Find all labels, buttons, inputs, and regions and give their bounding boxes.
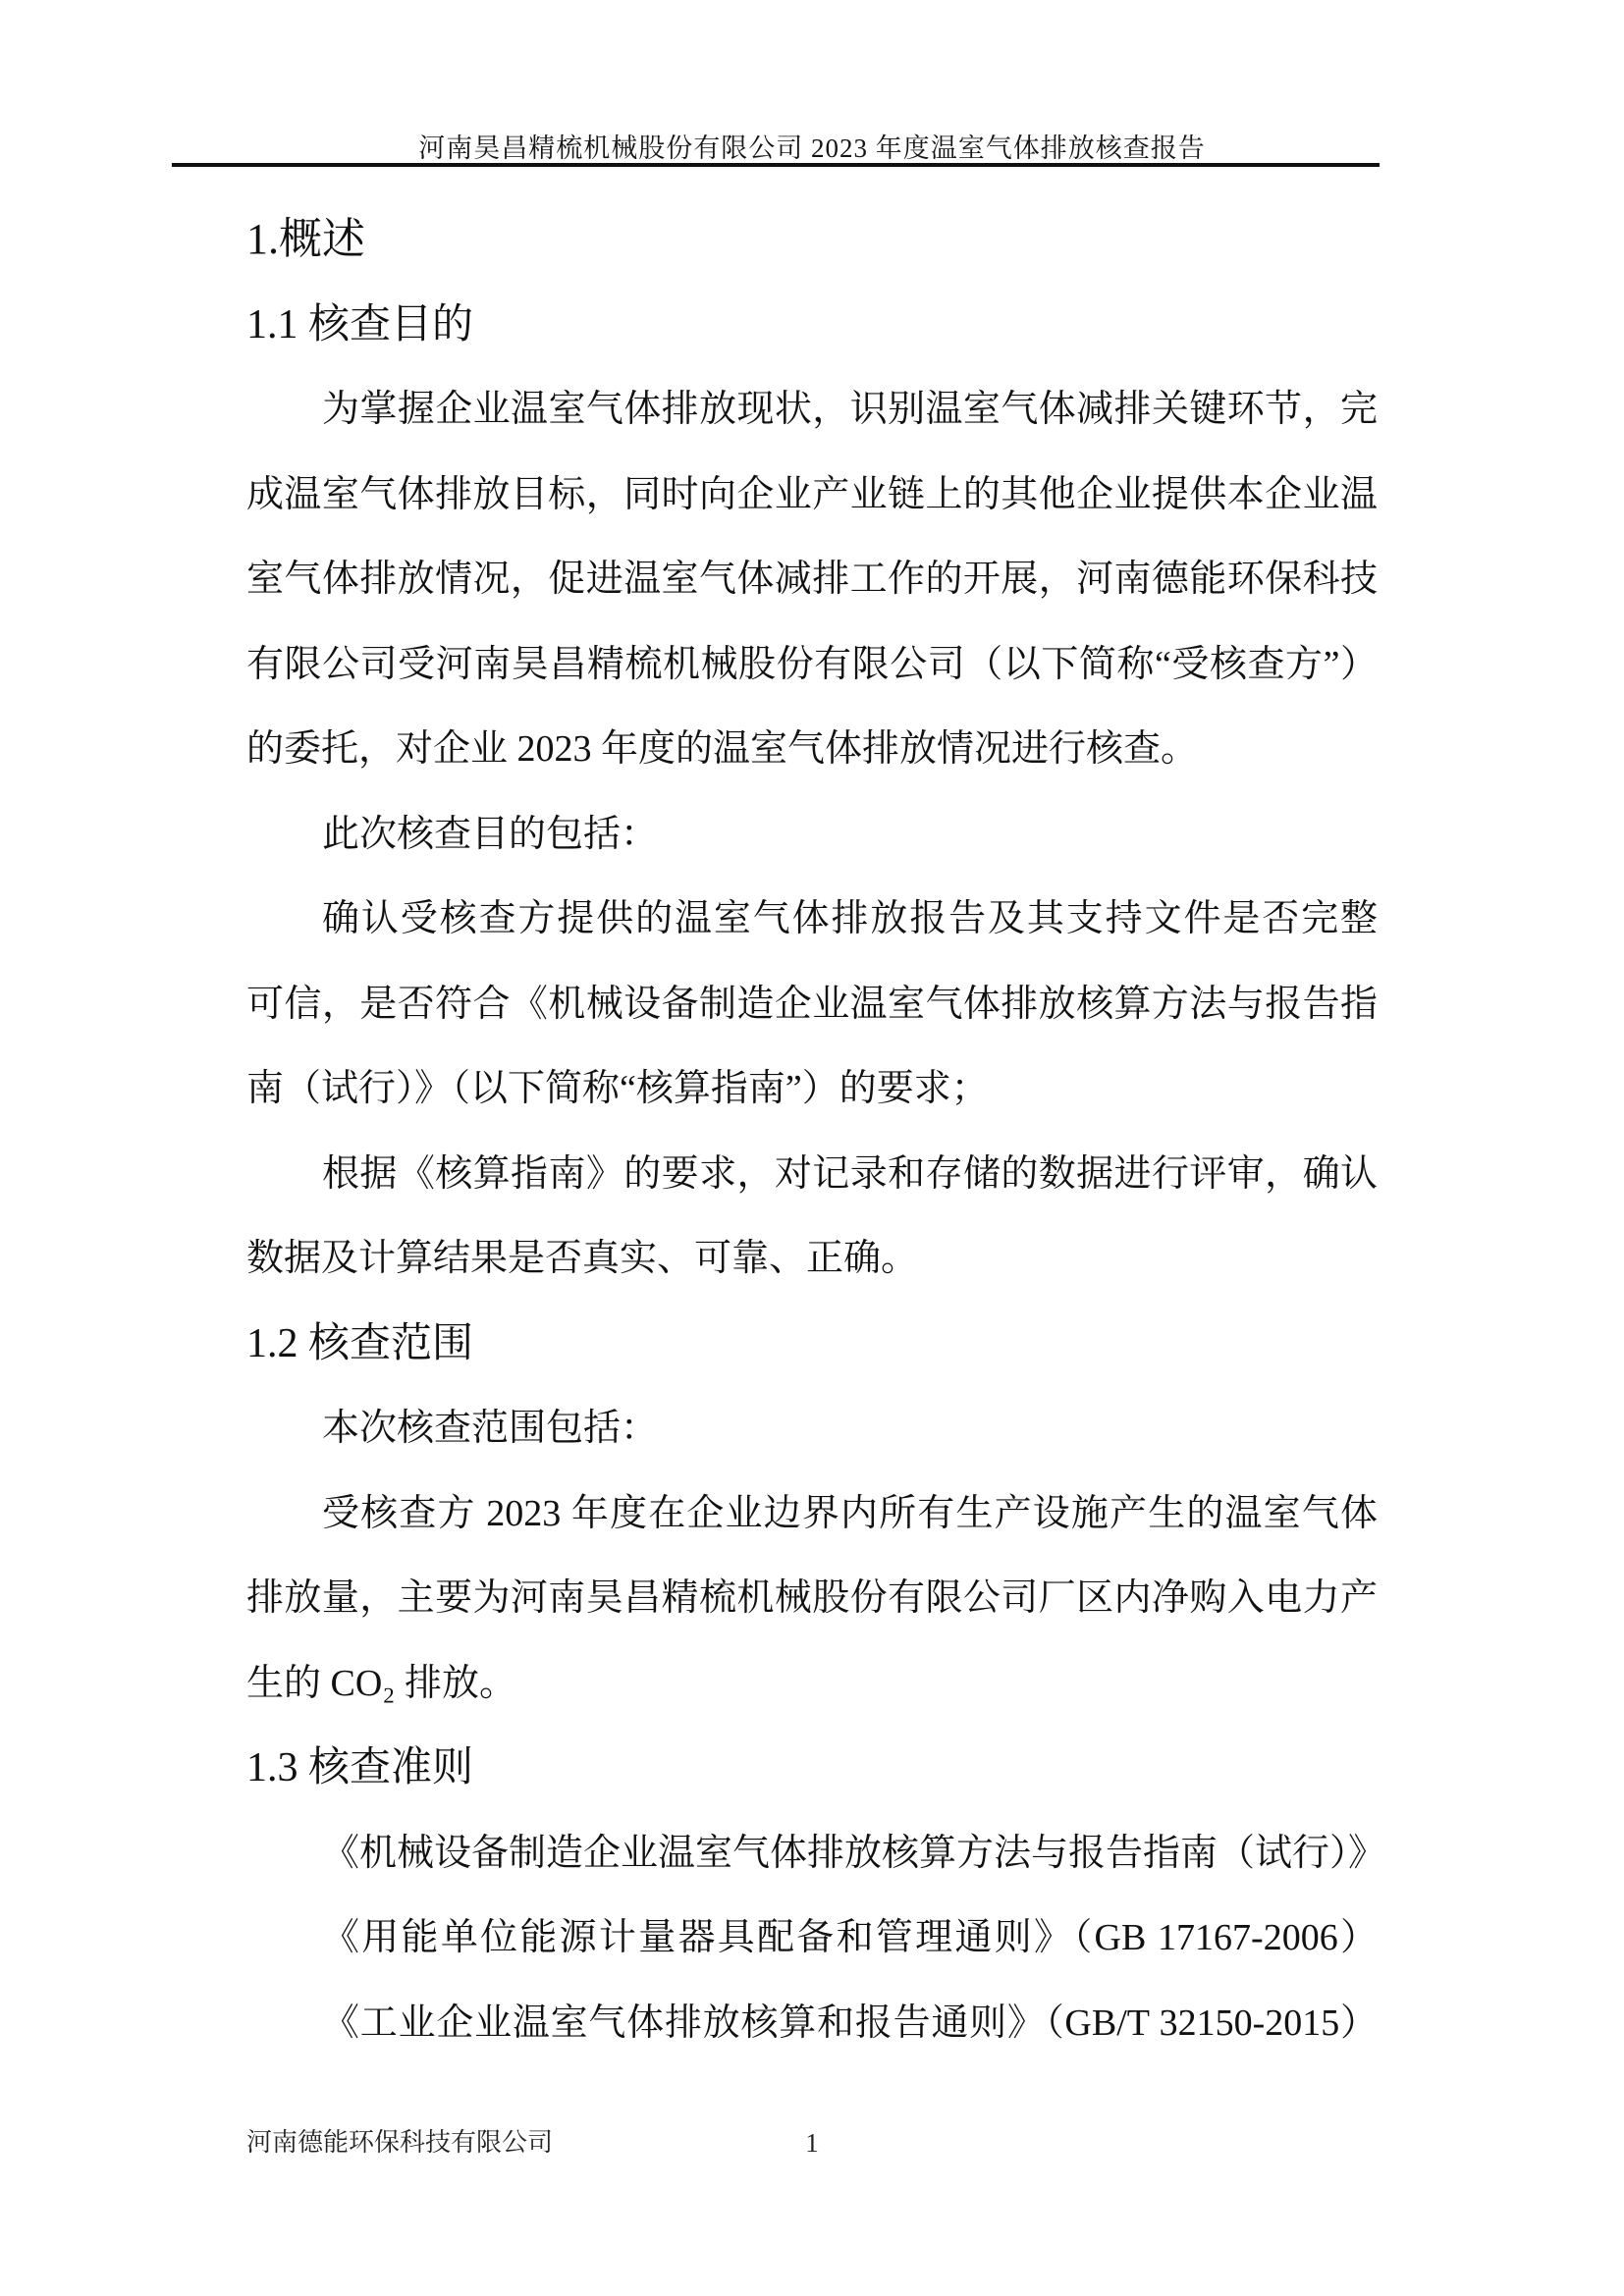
paragraph-line: 有限公司受河南昊昌精梳机械股份有限公司（以下简称“受核查方”） — [246, 622, 1378, 708]
paragraph-line: 室气体排放情况，促进温室气体减排工作的开展，河南德能环保科技 — [246, 537, 1378, 622]
document-body: 1.概述 1.1 核查目的 为掌握企业温室气体排放现状，识别温室气体减排关键环节… — [246, 197, 1378, 2065]
paragraph-line: 生的 CO₂ 排放。 — [246, 1641, 1378, 1727]
paragraph-line: 南（试行）》（以下简称“核算指南”）的要求； — [246, 1046, 1378, 1132]
paragraph-line: 可信，是否符合《机械设备制造企业温室气体排放核算方法与报告指 — [246, 962, 1378, 1047]
heading-overview: 1.概述 — [246, 197, 1378, 283]
paragraph-line: 排放量，主要为河南昊昌精梳机械股份有限公司厂区内净购入电力产 — [246, 1556, 1378, 1641]
paragraph-line: 的委托，对企业 2023 年度的温室气体排放情况进行核查。 — [246, 707, 1378, 792]
heading-1-1: 1.1 核查目的 — [246, 283, 1378, 368]
reference-line: 《机械设备制造企业温室气体排放核算方法与报告指南（试行）》 — [246, 1811, 1378, 1896]
reference-line: 《工业企业温室气体排放核算和报告通则》（GB/T 32150-2015） — [246, 1981, 1378, 2066]
paragraph-line: 确认受核查方提供的温室气体排放报告及其支持文件是否完整 — [246, 877, 1378, 962]
heading-1-2: 1.2 核查范围 — [246, 1302, 1378, 1387]
page-footer: 1 河南德能环保科技有限公司 — [246, 2126, 1378, 2160]
heading-1-3: 1.3 核查准则 — [246, 1726, 1378, 1811]
paragraph-line: 成温室气体排放目标，同时向企业产业链上的其他企业提供本企业温 — [246, 453, 1378, 538]
document-page: 河南昊昌精梳机械股份有限公司 2023 年度温室气体排放核查报告 1.概述 1.… — [0, 0, 1624, 2296]
reference-line: 《用能单位能源计量器具配备和管理通则》（GB 17167-2006） — [246, 1896, 1378, 1981]
paragraph-line: 为掌握企业温室气体排放现状，识别温室气体减排关键环节，完 — [246, 367, 1378, 453]
page-header-title: 河南昊昌精梳机械股份有限公司 2023 年度温室气体排放核查报告 — [246, 127, 1378, 165]
paragraph-line: 数据及计算结果是否真实、可靠、正确。 — [246, 1216, 1378, 1302]
paragraph-line: 根据《核算指南》的要求，对记录和存储的数据进行评审，确认 — [246, 1132, 1378, 1217]
paragraph-line: 受核查方 2023 年度在企业边界内所有生产设施产生的温室气体 — [246, 1471, 1378, 1557]
paragraph-line: 本次核查范围包括： — [246, 1386, 1378, 1471]
header-rule — [172, 163, 1380, 167]
footer-company: 河南德能环保科技有限公司 — [246, 2126, 553, 2160]
paragraph-line: 此次核查目的包括： — [246, 792, 1378, 878]
